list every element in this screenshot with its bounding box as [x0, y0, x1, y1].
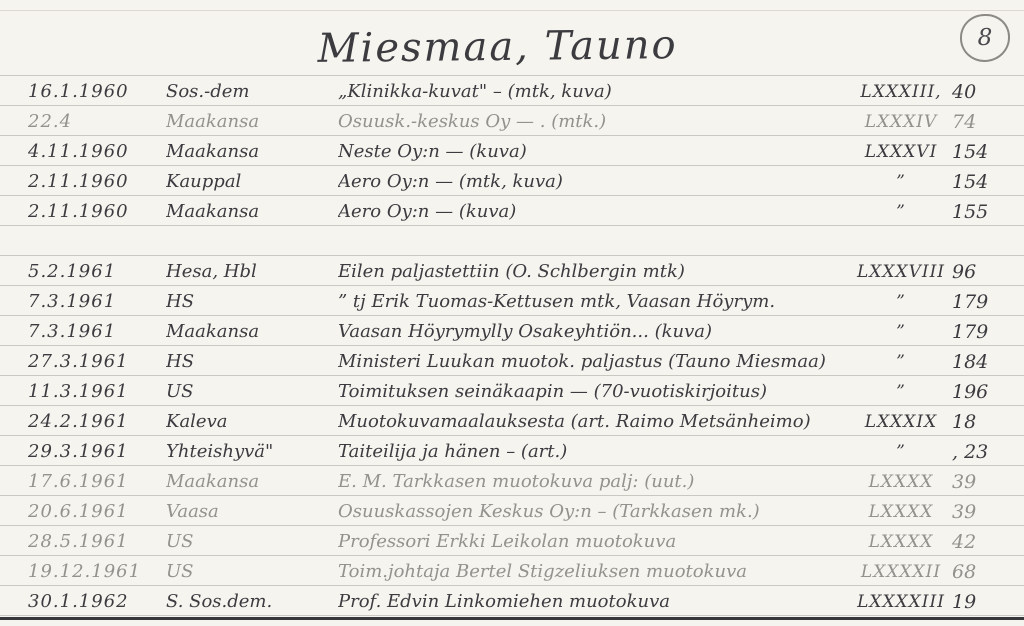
entry-description: E. M. Tarkkasen muotokuva palj: (uut.)	[338, 470, 850, 495]
entry-source	[166, 254, 338, 255]
entry-date: 24.2.1961	[0, 410, 166, 435]
entry-row: 30.1.1962 S. Sos.dem. Prof. Edvin Linkom…	[0, 586, 1024, 616]
entry-description: Toim.johtaja Bertel Stigzeliuksen muotok…	[338, 560, 850, 585]
entry-page: 42	[952, 530, 1024, 555]
entry-date: 27.3.1961	[0, 350, 166, 375]
entry-description: Eilen paljastettiin (O. Schlbergin mtk)	[338, 260, 850, 285]
entry-row: 28.5.1961 US Professori Erkki Leikolan m…	[0, 526, 1024, 556]
entry-date: 4.11.1960	[0, 140, 166, 165]
entry-description: Osuuskassojen Keskus Oy:n – (Tarkkasen m…	[338, 500, 850, 525]
entry-page: 154	[952, 170, 1024, 195]
entry-description: Toimituksen seinäkaapin — (70-vuotiskirj…	[338, 380, 850, 405]
entry-volume: LXXXX	[850, 530, 952, 555]
entry-row: 7.3.1961 Maakansa Vaasan Höyrymylly Osak…	[0, 316, 1024, 346]
entry-date: 2.11.1960	[0, 170, 166, 195]
entry-source: Maakansa	[166, 320, 338, 345]
entry-row: 27.3.1961 HS Ministeri Luukan muotok. pa…	[0, 346, 1024, 376]
entry-row: 2.11.1960 Maakansa Aero Oy:n — (kuva) ” …	[0, 196, 1024, 226]
entry-row: 17.6.1961 Maakansa E. M. Tarkkasen muoto…	[0, 466, 1024, 496]
entry-volume: LXXXXII	[850, 560, 952, 585]
entry-row: 29.3.1961 Yhteishyvä" Taiteilija ja häne…	[0, 436, 1024, 466]
entry-page: 179	[952, 290, 1024, 315]
entry-volume: ”	[850, 170, 952, 195]
entry-row: 5.2.1961 Hesa, Hbl Eilen paljastettiin (…	[0, 256, 1024, 286]
entry-description: Taiteilija ja hänen – (art.)	[338, 440, 850, 465]
entry-page: 39	[952, 470, 1024, 495]
entry-page: 18	[952, 410, 1024, 435]
entry-date: 28.5.1961	[0, 530, 166, 555]
entry-description: Osuusk.-keskus Oy — . (mtk.)	[338, 110, 850, 135]
entry-date: 20.6.1961	[0, 500, 166, 525]
entry-description: Ministeri Luukan muotok. paljastus (Taun…	[338, 350, 850, 375]
entry-description: Aero Oy:n — (kuva)	[338, 200, 850, 225]
entry-date: 19.12.1961	[0, 560, 166, 585]
entry-volume: LXXXVIII	[850, 260, 952, 285]
entry-date: 29.3.1961	[0, 440, 166, 465]
entry-source: Kaleva	[166, 410, 338, 435]
entry-volume: LXXXIV	[850, 110, 952, 135]
entry-source: US	[166, 380, 338, 405]
entry-date: 17.6.1961	[0, 470, 166, 495]
entry-source: Maakansa	[166, 110, 338, 135]
entry-source: Sos.-dem	[166, 80, 338, 105]
entry-page: , 23	[952, 440, 1024, 465]
entry-page: 39	[952, 500, 1024, 525]
entry-volume: LXXXX	[850, 470, 952, 495]
entry-volume: ”	[850, 320, 952, 345]
archive-index-card: 8 Miesmaa, Tauno 16.1.1960 Sos.-dem „Kli…	[0, 0, 1024, 626]
entry-source: Maakansa	[166, 470, 338, 495]
entry-source: Kauppal	[166, 170, 338, 195]
entry-source: Maakansa	[166, 140, 338, 165]
entry-page: 184	[952, 350, 1024, 375]
entry-source: HS	[166, 350, 338, 375]
entry-description: Aero Oy:n — (mtk, kuva)	[338, 170, 850, 195]
entry-description	[338, 74, 850, 75]
entry-date: 30.1.1962	[0, 590, 166, 615]
entry-description: Neste Oy:n — (kuva)	[338, 140, 850, 165]
entry-source: Maakansa	[166, 200, 338, 225]
entry-source: S. Sos.dem.	[166, 590, 338, 615]
entry-description: Vaasan Höyrymylly Osakeyhtiön... (kuva)	[338, 320, 850, 345]
entry-row	[0, 226, 1024, 256]
entry-source: Yhteishyvä"	[166, 440, 338, 465]
entry-row: 20.6.1961 Vaasa Osuuskassojen Keskus Oy:…	[0, 496, 1024, 526]
entry-date: 16.1.1960	[0, 80, 166, 105]
entry-row: 19.12.1961 US Toim.johtaja Bertel Stigze…	[0, 556, 1024, 586]
entry-page: 154	[952, 140, 1024, 165]
entry-page: 155	[952, 200, 1024, 225]
entry-date: 5.2.1961	[0, 260, 166, 285]
bottom-rule	[0, 617, 1024, 620]
entry-page: 74	[952, 110, 1024, 135]
entry-page: 179	[952, 320, 1024, 345]
entry-row: 24.2.1961 Kaleva Muotokuvamaalauksesta (…	[0, 406, 1024, 436]
entry-source	[166, 74, 338, 75]
entry-row: 4.11.1960 Maakansa Neste Oy:n — (kuva) L…	[0, 136, 1024, 166]
entry-description: „Klinikka-kuvat" – (mtk, kuva)	[338, 80, 850, 105]
entry-description: Prof. Edvin Linkomiehen muotokuva	[338, 590, 850, 615]
entry-description: ” tj Erik Tuomas-Kettusen mtk, Vaasan Hö…	[338, 290, 850, 315]
entry-row: 7.3.1961 HS ” tj Erik Tuomas-Kettusen mt…	[0, 286, 1024, 316]
entry-description: Muotokuvamaalauksesta (art. Raimo Metsän…	[338, 410, 850, 435]
entry-row: 22.4 Maakansa Osuusk.-keskus Oy — . (mtk…	[0, 106, 1024, 136]
entry-row: 16.1.1960 Sos.-dem „Klinikka-kuvat" – (m…	[0, 76, 1024, 106]
top-rule	[0, 10, 1024, 11]
entry-volume	[850, 74, 952, 75]
entry-volume: LXXXIII,	[850, 80, 952, 105]
entry-source: Vaasa	[166, 500, 338, 525]
entry-date: 7.3.1961	[0, 290, 166, 315]
entry-date: 7.3.1961	[0, 320, 166, 345]
entry-page: 40	[952, 80, 1024, 105]
entry-description: Professori Erkki Leikolan muotokuva	[338, 530, 850, 555]
entry-source: US	[166, 560, 338, 585]
entry-date: 22.4	[0, 110, 166, 135]
entry-source: US	[166, 530, 338, 555]
entry-volume: LXXXIX	[850, 410, 952, 435]
entry-volume: ”	[850, 380, 952, 405]
entry-volume: LXXXVI	[850, 140, 952, 165]
entry-volume: ”	[850, 440, 952, 465]
entry-row	[0, 46, 1024, 76]
entry-page	[952, 254, 1024, 255]
entry-date: 11.3.1961	[0, 380, 166, 405]
entry-volume: LXXXX	[850, 500, 952, 525]
entry-row: 2.11.1960 Kauppal Aero Oy:n — (mtk, kuva…	[0, 166, 1024, 196]
entry-volume: ”	[850, 290, 952, 315]
entry-page: 96	[952, 260, 1024, 285]
entry-volume: LXXXXIII	[850, 590, 952, 615]
entry-row: 11.3.1961 US Toimituksen seinäkaapin — (…	[0, 376, 1024, 406]
entry-source: Hesa, Hbl	[166, 260, 338, 285]
entry-volume: ”	[850, 200, 952, 225]
entry-volume	[850, 254, 952, 255]
entry-page	[952, 74, 1024, 75]
entry-page: 196	[952, 380, 1024, 405]
entry-date	[0, 254, 166, 255]
entry-date: 2.11.1960	[0, 200, 166, 225]
entry-source: HS	[166, 290, 338, 315]
entry-date	[0, 74, 166, 75]
entry-description	[338, 254, 850, 255]
entries-list: 16.1.1960 Sos.-dem „Klinikka-kuvat" – (m…	[0, 46, 1024, 616]
entry-page: 19	[952, 590, 1024, 615]
entry-page: 68	[952, 560, 1024, 585]
entry-volume: ”	[850, 350, 952, 375]
